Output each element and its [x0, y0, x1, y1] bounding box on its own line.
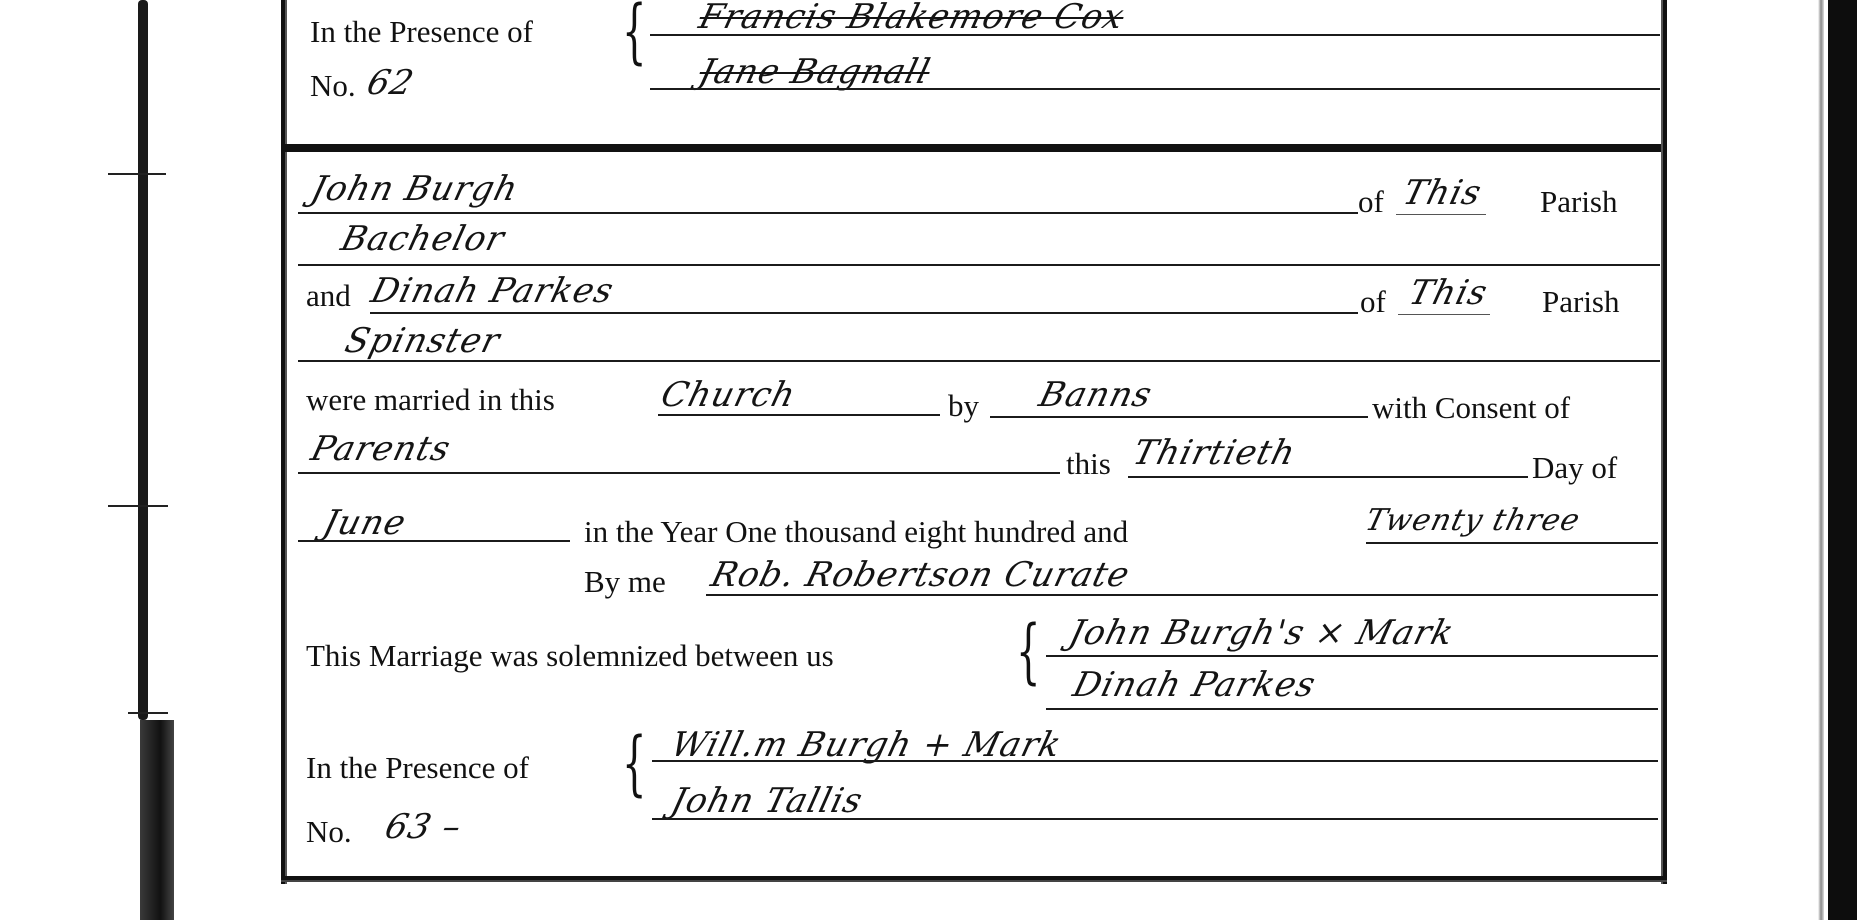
groom-name: John Burgh [308, 172, 522, 206]
crease-mark [128, 712, 168, 714]
bride-condition-line [298, 360, 1660, 362]
consent-label: with Consent of [1372, 392, 1570, 423]
page-crease [138, 0, 148, 720]
groom-parish-label: Parish [1540, 186, 1618, 217]
year-label: in the Year One thousand eight hundred a… [584, 516, 1128, 547]
bride-name: Dinah Parkes [368, 274, 618, 308]
groom-condition-line [298, 264, 1660, 266]
bride-condition: Spinster [342, 324, 504, 358]
entry-number: 62 [364, 66, 418, 100]
witness-name: Francis Blakemore Cox [696, 0, 1128, 34]
consent-value: Parents [308, 432, 454, 466]
marriage-month: June [320, 506, 410, 540]
groom-parish: This [1400, 176, 1485, 210]
witness-name: Will.m Burgh + Mark [668, 728, 1065, 762]
entry-divider [285, 144, 1661, 152]
married-label: were married in this [306, 384, 555, 415]
day-line [1128, 476, 1528, 478]
consent-line [298, 472, 1060, 474]
witness-brace: { [622, 728, 647, 798]
officiant-line [706, 594, 1658, 596]
groom-condition: Bachelor [338, 222, 508, 256]
groom-of-label: of [1358, 186, 1384, 217]
groom-name-line [298, 212, 1358, 214]
witness-brace: { [622, 0, 647, 66]
bride-signature-line [1046, 708, 1658, 710]
marriage-by: Banns [1036, 378, 1156, 412]
by-line [990, 416, 1368, 418]
bride-parish: This [1406, 276, 1491, 310]
officiant-signature: Rob. Robertson Curate [708, 558, 1134, 592]
form-border-left [281, 0, 287, 884]
entry-number: 63 – [382, 810, 466, 844]
book-binding [1828, 0, 1857, 920]
entry-number-label: No. [310, 70, 356, 101]
presence-label: In the Presence of [310, 16, 533, 47]
entry-number-label: No. [306, 816, 352, 847]
bride-name-line [370, 312, 1358, 314]
crease-mark [108, 173, 166, 175]
binding-edge [1818, 0, 1824, 920]
place-line [658, 414, 940, 416]
this-label: this [1066, 448, 1111, 479]
groom-parish-line [1396, 214, 1486, 215]
groom-signature: John Burgh's × Mark [1066, 616, 1458, 650]
form-border-bottom [281, 876, 1667, 882]
bride-of-label: of [1360, 286, 1386, 317]
by-me-label: By me [584, 566, 666, 597]
page-crease-shadow [140, 720, 174, 920]
signature-brace: { [1016, 616, 1041, 686]
by-label: by [948, 390, 979, 421]
year-line [1366, 542, 1658, 544]
witness-line [652, 818, 1658, 820]
witness-line [650, 88, 1660, 90]
marriage-year: Twenty three [1362, 506, 1583, 536]
marriage-place: Church [658, 378, 799, 412]
crease-mark [108, 505, 168, 507]
bride-parish-line [1398, 314, 1490, 315]
witness-name: Jane Bagnall [696, 55, 934, 89]
groom-signature-line [1046, 655, 1658, 657]
day-of-label: Day of [1532, 452, 1617, 483]
form-border-right [1661, 0, 1667, 884]
solemnized-label: This Marriage was solemnized between us [306, 640, 834, 671]
bride-and-label: and [306, 280, 351, 311]
bride-signature: Dinah Parkes [1070, 668, 1320, 702]
month-line [298, 540, 570, 542]
bride-parish-label: Parish [1542, 286, 1620, 317]
witness-line [650, 34, 1660, 36]
marriage-day: Thirtieth [1130, 436, 1299, 470]
presence-label: In the Presence of [306, 752, 529, 783]
witness-line [652, 760, 1658, 762]
witness-name: John Tallis [668, 784, 867, 818]
